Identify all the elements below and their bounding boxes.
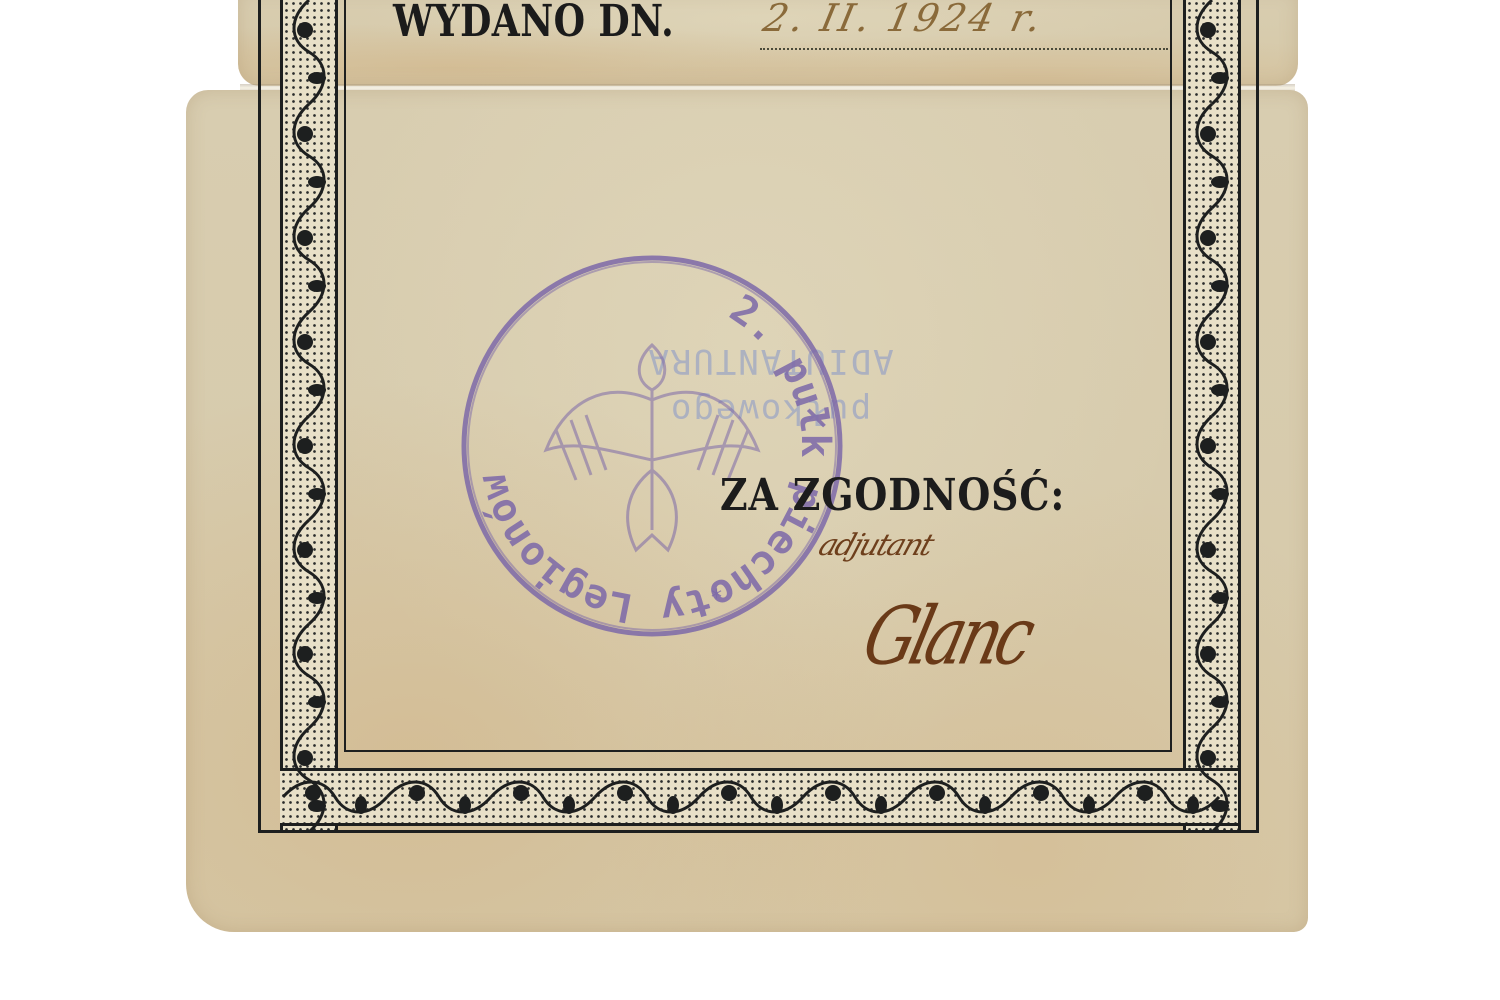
scroll-ornament-icon (283, 771, 1238, 823)
regiment-stamp: 2. pułk piechoty Legionów * (456, 250, 848, 642)
signature-title: adjutant (814, 528, 936, 563)
outer-frame-left (258, 0, 261, 832)
outer-frame-right (1256, 0, 1259, 832)
scroll-ornament-icon (1186, 0, 1238, 830)
date-dotted-line (760, 48, 1168, 50)
inner-frame-right (1170, 0, 1172, 752)
stamp-star: * (711, 586, 722, 611)
scroll-ornament-icon (283, 0, 335, 830)
signature: Glanc (854, 591, 1039, 684)
inner-frame-bottom (344, 750, 1172, 752)
certification-label: ZA ZGODNOŚĆ: (720, 470, 1065, 521)
issued-date-label: WYDANO DN. (393, 0, 674, 47)
inner-frame-left (344, 0, 346, 752)
outer-frame-bottom (258, 830, 1259, 833)
issued-date-handwritten: 2. II. 1924 r. (759, 0, 1048, 40)
